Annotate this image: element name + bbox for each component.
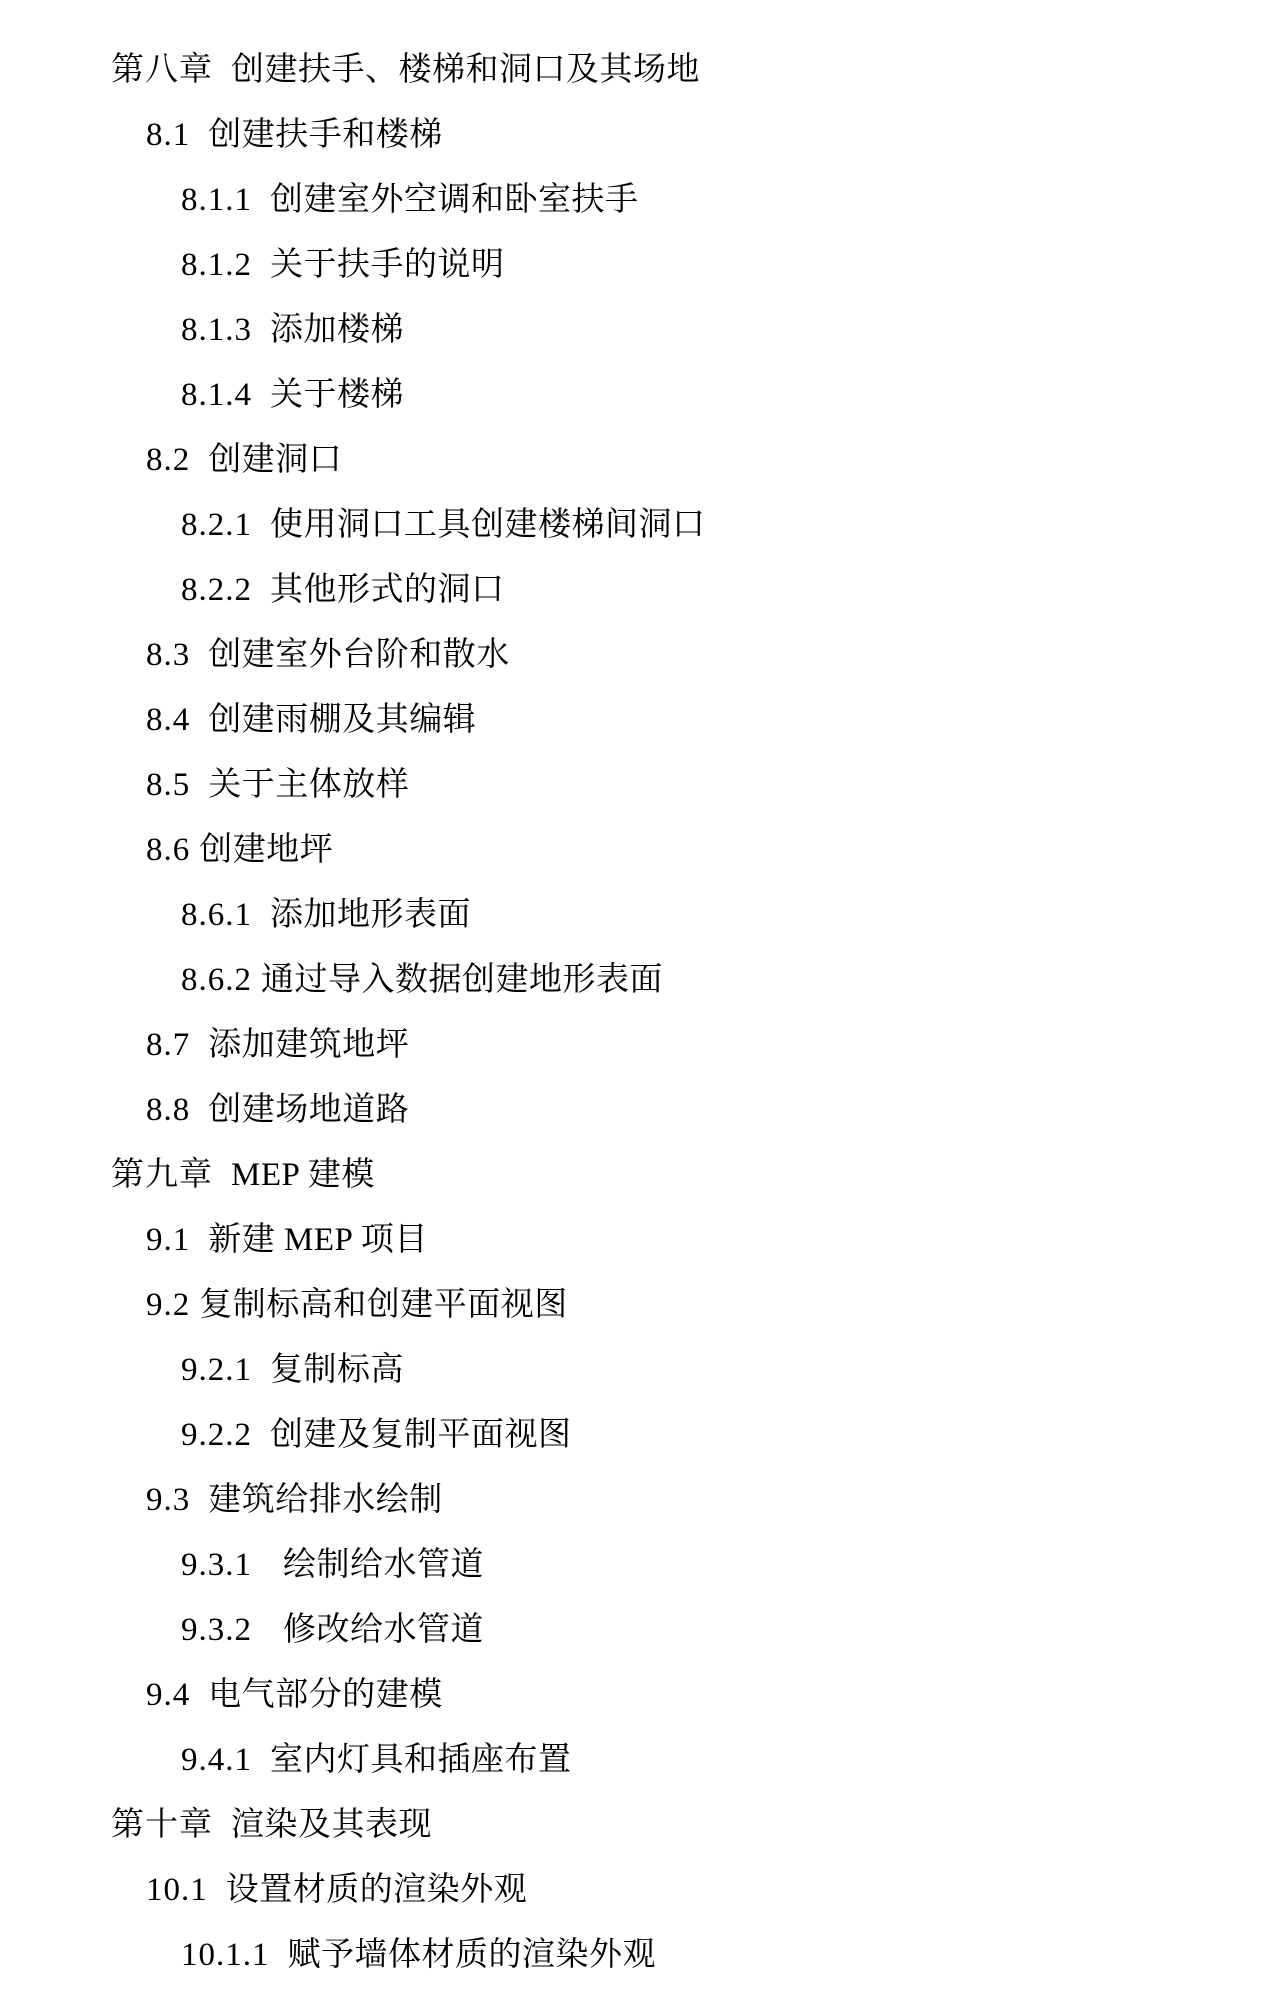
toc-entry-title: MEP 建模 [231, 1159, 375, 1192]
toc-entry-number: 8.8 [146, 1094, 190, 1127]
toc-entry-title: 创建室外空调和卧室扶手 [270, 184, 639, 217]
toc-entry: 9.2复制标高和创建平面视图 [0, 1273, 1267, 1338]
toc-entry: 8.6.2通过导入数据创建地形表面 [0, 948, 1267, 1013]
toc-entry: 9.3.2修改给水管道 [0, 1598, 1267, 1663]
toc-entry: 9.2.1复制标高 [0, 1338, 1267, 1403]
toc-entry: 8.5关于主体放样 [0, 753, 1267, 818]
toc-entry-title: 创建场地道路 [208, 1094, 409, 1127]
toc-entry: 8.2.2其他形式的洞口 [0, 558, 1267, 623]
toc-entry-title: 设置材质的渲染外观 [226, 1874, 528, 1907]
toc-entry-title: 绘制给水管道 [283, 1549, 484, 1582]
toc-entry-number: 8.6.2 [181, 964, 252, 997]
toc-entry-title: 通过导入数据创建地形表面 [261, 964, 663, 997]
toc-entry-number: 10.1.1 [181, 1939, 270, 1972]
toc-entry-title: 关于主体放样 [208, 769, 409, 802]
toc-entry-number: 8.1.4 [181, 379, 252, 412]
toc-entry-title: 创建洞口 [208, 444, 342, 477]
toc-entry: 8.6创建地坪 [0, 818, 1267, 883]
toc-entry: 8.6.1添加地形表面 [0, 883, 1267, 948]
toc-entry-title: 创建扶手和楼梯 [208, 119, 443, 152]
toc-entry-number: 8.1.2 [181, 249, 252, 282]
toc-entry-title: 使用洞口工具创建楼梯间洞口 [270, 509, 706, 542]
toc-entry-number: 8.4 [146, 704, 190, 737]
document-page: 第八章创建扶手、楼梯和洞口及其场地8.1创建扶手和楼梯8.1.1创建室外空调和卧… [0, 0, 1267, 2014]
toc-entry: 9.3建筑给排水绘制 [0, 1468, 1267, 1533]
toc-entry-title: 修改给水管道 [283, 1614, 484, 1647]
toc-entry-title: 创建雨棚及其编辑 [208, 704, 476, 737]
toc-entry: 9.4.1室内灯具和插座布置 [0, 1728, 1267, 1793]
table-of-contents: 第八章创建扶手、楼梯和洞口及其场地8.1创建扶手和楼梯8.1.1创建室外空调和卧… [0, 38, 1267, 1988]
toc-entry-number: 8.1.3 [181, 314, 252, 347]
toc-entry-number: 8.6 [146, 834, 190, 867]
toc-entry-number: 8.3 [146, 639, 190, 672]
toc-entry-title: 新建 MEP 项目 [208, 1224, 428, 1257]
toc-entry: 第九章MEP 建模 [0, 1143, 1267, 1208]
toc-entry: 9.2.2创建及复制平面视图 [0, 1403, 1267, 1468]
toc-entry-title: 赋予墙体材质的渲染外观 [288, 1939, 657, 1972]
toc-entry-title: 复制标高 [270, 1354, 404, 1387]
toc-entry: 第十章渲染及其表现 [0, 1793, 1267, 1858]
toc-entry: 10.1设置材质的渲染外观 [0, 1858, 1267, 1923]
toc-entry-number: 9.4 [146, 1679, 190, 1712]
toc-entry: 8.1.2关于扶手的说明 [0, 233, 1267, 298]
toc-entry: 9.4电气部分的建模 [0, 1663, 1267, 1728]
toc-entry-title: 创建地坪 [199, 834, 333, 867]
toc-entry-number: 8.2.1 [181, 509, 252, 542]
toc-entry-number: 9.3.2 [181, 1614, 252, 1647]
toc-entry-number: 8.1 [146, 119, 190, 152]
toc-entry-number: 10.1 [146, 1874, 208, 1907]
toc-entry: 8.2.1使用洞口工具创建楼梯间洞口 [0, 493, 1267, 558]
toc-entry: 9.3.1绘制给水管道 [0, 1533, 1267, 1598]
toc-entry-title: 室内灯具和插座布置 [270, 1744, 572, 1777]
toc-entry-number: 9.3 [146, 1484, 190, 1517]
toc-entry-number: 第十章 [111, 1809, 213, 1842]
toc-entry-title: 复制标高和创建平面视图 [199, 1289, 568, 1322]
toc-entry: 8.4创建雨棚及其编辑 [0, 688, 1267, 753]
toc-entry: 8.7添加建筑地坪 [0, 1013, 1267, 1078]
toc-entry-title: 其他形式的洞口 [270, 574, 505, 607]
toc-entry-number: 9.2.1 [181, 1354, 252, 1387]
toc-entry-title: 添加建筑地坪 [208, 1029, 409, 1062]
toc-entry-title: 添加楼梯 [270, 314, 404, 347]
toc-entry-number: 第八章 [111, 54, 213, 87]
toc-entry-number: 8.6.1 [181, 899, 252, 932]
toc-entry: 8.1.3添加楼梯 [0, 298, 1267, 363]
toc-entry: 8.3创建室外台阶和散水 [0, 623, 1267, 688]
toc-entry-title: 创建及复制平面视图 [270, 1419, 572, 1452]
toc-entry-title: 建筑给排水绘制 [208, 1484, 443, 1517]
toc-entry-number: 8.2.2 [181, 574, 252, 607]
toc-entry: 8.1创建扶手和楼梯 [0, 103, 1267, 168]
toc-entry-number: 第九章 [111, 1159, 213, 1192]
toc-entry-number: 9.1 [146, 1224, 190, 1257]
toc-entry-number: 8.1.1 [181, 184, 252, 217]
toc-entry-number: 9.4.1 [181, 1744, 252, 1777]
toc-entry-title: 添加地形表面 [270, 899, 471, 932]
toc-entry: 8.8创建场地道路 [0, 1078, 1267, 1143]
toc-entry: 8.2创建洞口 [0, 428, 1267, 493]
toc-entry-title: 渲染及其表现 [231, 1809, 432, 1842]
toc-entry-number: 8.2 [146, 444, 190, 477]
toc-entry-title: 创建扶手、楼梯和洞口及其场地 [231, 54, 700, 87]
toc-entry: 8.1.4关于楼梯 [0, 363, 1267, 428]
toc-entry-number: 8.5 [146, 769, 190, 802]
toc-entry-number: 9.2.2 [181, 1419, 252, 1452]
toc-entry-title: 关于扶手的说明 [270, 249, 505, 282]
toc-entry-title: 关于楼梯 [270, 379, 404, 412]
toc-entry: 9.1新建 MEP 项目 [0, 1208, 1267, 1273]
toc-entry-number: 8.7 [146, 1029, 190, 1062]
toc-entry: 第八章创建扶手、楼梯和洞口及其场地 [0, 38, 1267, 103]
toc-entry-title: 创建室外台阶和散水 [208, 639, 510, 672]
toc-entry: 10.1.1赋予墙体材质的渲染外观 [0, 1923, 1267, 1988]
toc-entry-title: 电气部分的建模 [208, 1679, 443, 1712]
toc-entry-number: 9.3.1 [181, 1549, 252, 1582]
toc-entry: 8.1.1创建室外空调和卧室扶手 [0, 168, 1267, 233]
toc-entry-number: 9.2 [146, 1289, 190, 1322]
